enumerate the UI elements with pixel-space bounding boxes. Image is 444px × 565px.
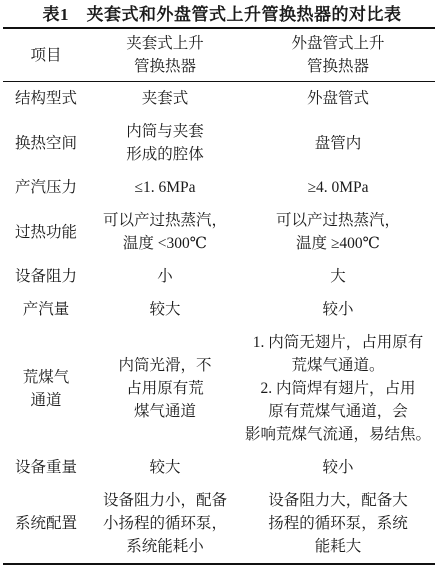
table-row-system-configuration: 系统配置 设备阻力小，配备 小扬程的循环泵， 系统能耗小 设备阻力大，配备大 扬… <box>3 484 435 564</box>
table-row-structure-type: 结构型式 夹套式 外盘管式 <box>3 82 435 116</box>
cell-item: 结构型式 <box>3 82 89 116</box>
cell-coil: 盘管内 <box>241 115 435 171</box>
table-row-equipment-resistance: 设备阻力 小 大 <box>3 260 435 293</box>
header-jacket-column: 夹套式上升 管换热器 <box>89 28 241 82</box>
cell-item: 设备重量 <box>3 451 89 484</box>
cell-jacket: 较大 <box>89 451 241 484</box>
cell-jacket: 夹套式 <box>89 82 241 116</box>
cell-coil: 较小 <box>241 451 435 484</box>
table-row-superheat-function: 过热功能 可以产过热蒸汽， 温度 <300℃ 可以产过热蒸汽， 温度 ≥400℃ <box>3 204 435 260</box>
table-row-steam-output: 产汽量 较大 较小 <box>3 293 435 326</box>
cell-item: 过热功能 <box>3 204 89 260</box>
cell-jacket: 小 <box>89 260 241 293</box>
cell-coil: 较小 <box>241 293 435 326</box>
cell-item: 换热空间 <box>3 115 89 171</box>
cell-item: 设备阻力 <box>3 260 89 293</box>
cell-jacket: 较大 <box>89 293 241 326</box>
cell-jacket: ≤1. 6MPa <box>89 171 241 204</box>
table-row-equipment-weight: 设备重量 较大 较小 <box>3 451 435 484</box>
cell-jacket: 设备阻力小，配备 小扬程的循环泵， 系统能耗小 <box>89 484 241 564</box>
table-row-steam-pressure: 产汽压力 ≤1. 6MPa ≥4. 0MPa <box>3 171 435 204</box>
table-row-raw-gas-channel: 荒煤气 通道 内筒光滑，不 占用原有荒 煤气通道 1. 内筒无翅片，占用原有 荒… <box>3 326 435 451</box>
table-row-heat-exchange-space: 换热空间 内筒与夹套 形成的腔体 盘管内 <box>3 115 435 171</box>
paper-page: 表1 夹套式和外盘管式上升管换热器的对比表 项目 夹套式上升 管换热器 外盘管式… <box>0 0 444 565</box>
cell-jacket: 内筒与夹套 形成的腔体 <box>89 115 241 171</box>
cell-item: 荒煤气 通道 <box>3 326 89 451</box>
table-header-row: 项目 夹套式上升 管换热器 外盘管式上升 管换热器 <box>3 28 435 82</box>
header-coil-column: 外盘管式上升 管换热器 <box>241 28 435 82</box>
comparison-table: 项目 夹套式上升 管换热器 外盘管式上升 管换热器 结构型式 夹套式 外盘管式 … <box>3 27 435 565</box>
cell-coil: 设备阻力大，配备大 扬程的循环泵，系统 能耗大 <box>241 484 435 564</box>
cell-coil: 外盘管式 <box>241 82 435 116</box>
table-title: 表1 夹套式和外盘管式上升管换热器的对比表 <box>0 0 444 27</box>
cell-item: 产汽量 <box>3 293 89 326</box>
cell-coil: ≥4. 0MPa <box>241 171 435 204</box>
cell-jacket: 内筒光滑，不 占用原有荒 煤气通道 <box>89 326 241 451</box>
cell-item: 系统配置 <box>3 484 89 564</box>
cell-coil: 1. 内筒无翅片，占用原有 荒煤气通道。 2. 内筒焊有翅片，占用 原有荒煤气通… <box>241 326 435 451</box>
cell-jacket: 可以产过热蒸汽， 温度 <300℃ <box>89 204 241 260</box>
cell-coil: 可以产过热蒸汽， 温度 ≥400℃ <box>241 204 435 260</box>
cell-coil: 大 <box>241 260 435 293</box>
header-item-column: 项目 <box>3 28 89 82</box>
cell-item: 产汽压力 <box>3 171 89 204</box>
